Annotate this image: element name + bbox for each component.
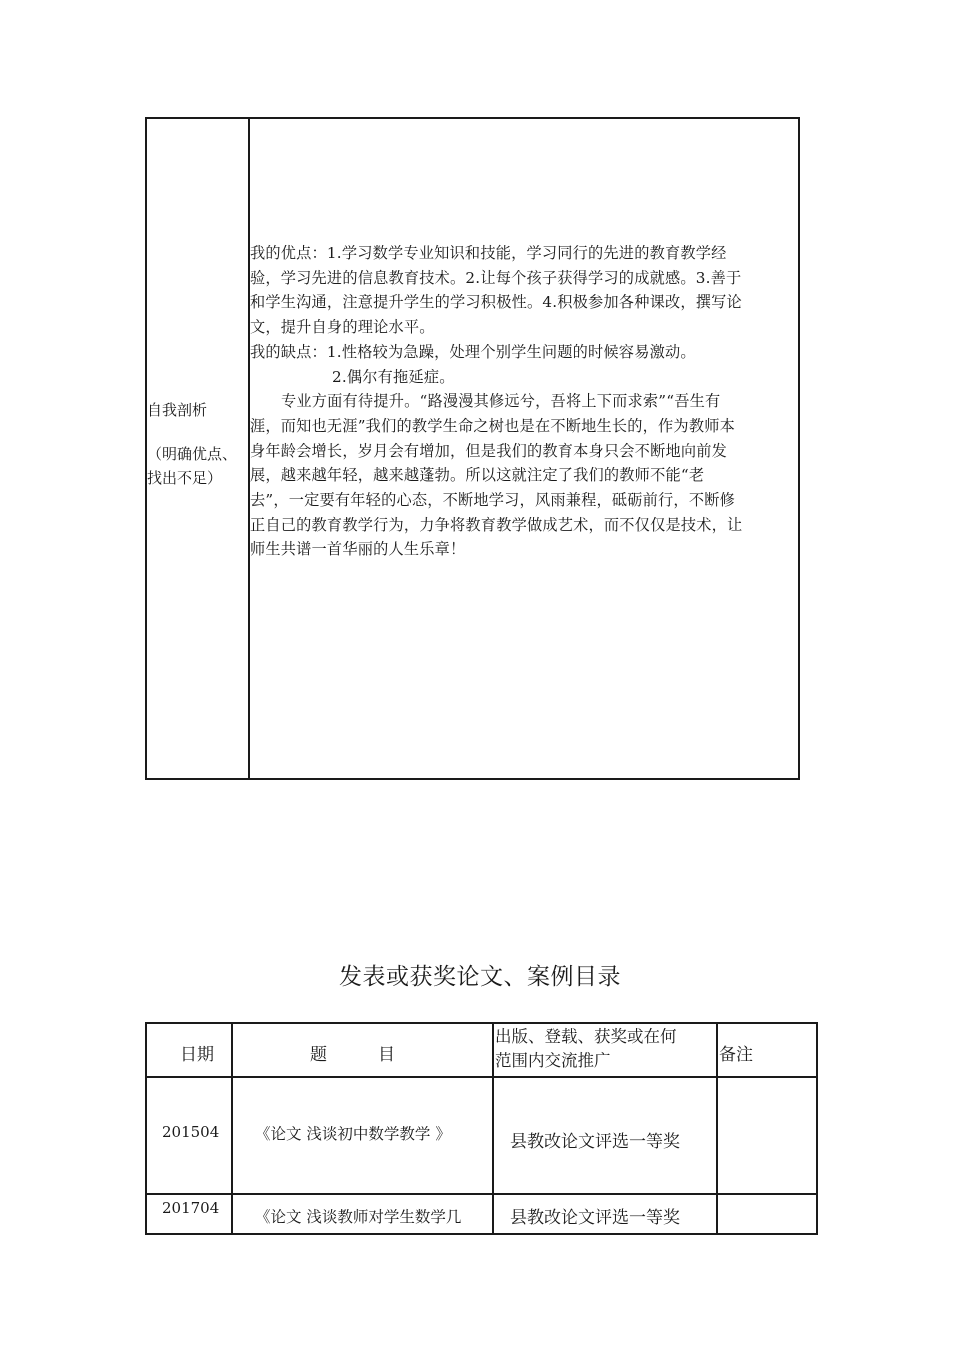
reflection-line: 涯，而知也无涯”我们的教学生命之树也是在不断地生长的，作为教师本 [250, 414, 796, 439]
self-analysis-content: 我的优点：1.学习数学专业知识和技能，学习同行的先进的教育教学经 验，学习先进的… [250, 241, 796, 562]
row-publication: 县教改论文评选一等奖 [510, 1127, 680, 1152]
table-divider [145, 1193, 818, 1195]
strengths-line: 验，学习先进的信息教育技术。2.让每个孩子获得学习的成就感。3.善于 [250, 266, 796, 291]
table-divider [492, 1022, 494, 1235]
label-title: 自我剖析 [147, 398, 247, 422]
header-remarks: 备注 [719, 1040, 753, 1065]
table-divider [231, 1022, 233, 1235]
reflection-line: 正自己的教育教学行为，力争将教育教学做成艺术，而不仅仅是技术，让 [250, 513, 796, 538]
weakness-line: 2.偶尔有拖延症。 [250, 365, 796, 390]
strengths-line: 文，提升自身的理论水平。 [250, 315, 796, 340]
strengths-line: 和学生沟通，注意提升学生的学习积极性。4.积极参加各种课改，撰写论 [250, 290, 796, 315]
table-divider [716, 1022, 718, 1235]
header-topic: 题 目 [310, 1040, 395, 1065]
header-publication-line1: 出版、登载、获奖或在何 [495, 1025, 677, 1049]
weakness-line: 我的缺点：1.性格较为急躁，处理个别学生问题的时候容易激动。 [250, 340, 796, 365]
label-note-line2: 找出不足） [147, 466, 247, 490]
section-title: 发表或获奖论文、案例目录 [0, 958, 960, 991]
reflection-line: 师生共谱一首华丽的人生乐章！ [250, 537, 796, 562]
table-divider [145, 1076, 818, 1078]
reflection-line: 展，越来越年轻，越来越蓬勃。所以这就注定了我们的教师不能“老 [250, 463, 796, 488]
reflection-line: 去”，一定要有年轻的心态，不断地学习，风雨兼程，砥砺前行，不断修 [250, 488, 796, 513]
reflection-line: 身年龄会增长，岁月会有增加，但是我们的教育本身只会不断地向前发 [250, 439, 796, 464]
row-publication: 县教改论文评选一等奖 [510, 1203, 680, 1228]
strengths-line: 我的优点：1.学习数学专业知识和技能，学习同行的先进的教育教学经 [250, 241, 796, 266]
row-topic: 《论文 浅谈教师对学生数学几 [255, 1205, 491, 1227]
header-date: 日期 [180, 1040, 214, 1065]
row-date: 201704 [162, 1199, 219, 1217]
reflection-line: 专业方面有待提升。“路漫漫其修远兮，吾将上下而求索”“吾生有 [250, 389, 796, 414]
self-analysis-label: 自我剖析 （明确优点、 找出不足） [147, 398, 247, 490]
header-publication-line2: 范围内交流推广 [495, 1049, 677, 1073]
header-publication: 出版、登载、获奖或在何 范围内交流推广 [495, 1025, 677, 1073]
label-note-line1: （明确优点、 [147, 442, 247, 466]
row-topic: 《论文 浅谈初中数学教学 》 [255, 1122, 451, 1144]
row-date: 201504 [162, 1123, 219, 1141]
